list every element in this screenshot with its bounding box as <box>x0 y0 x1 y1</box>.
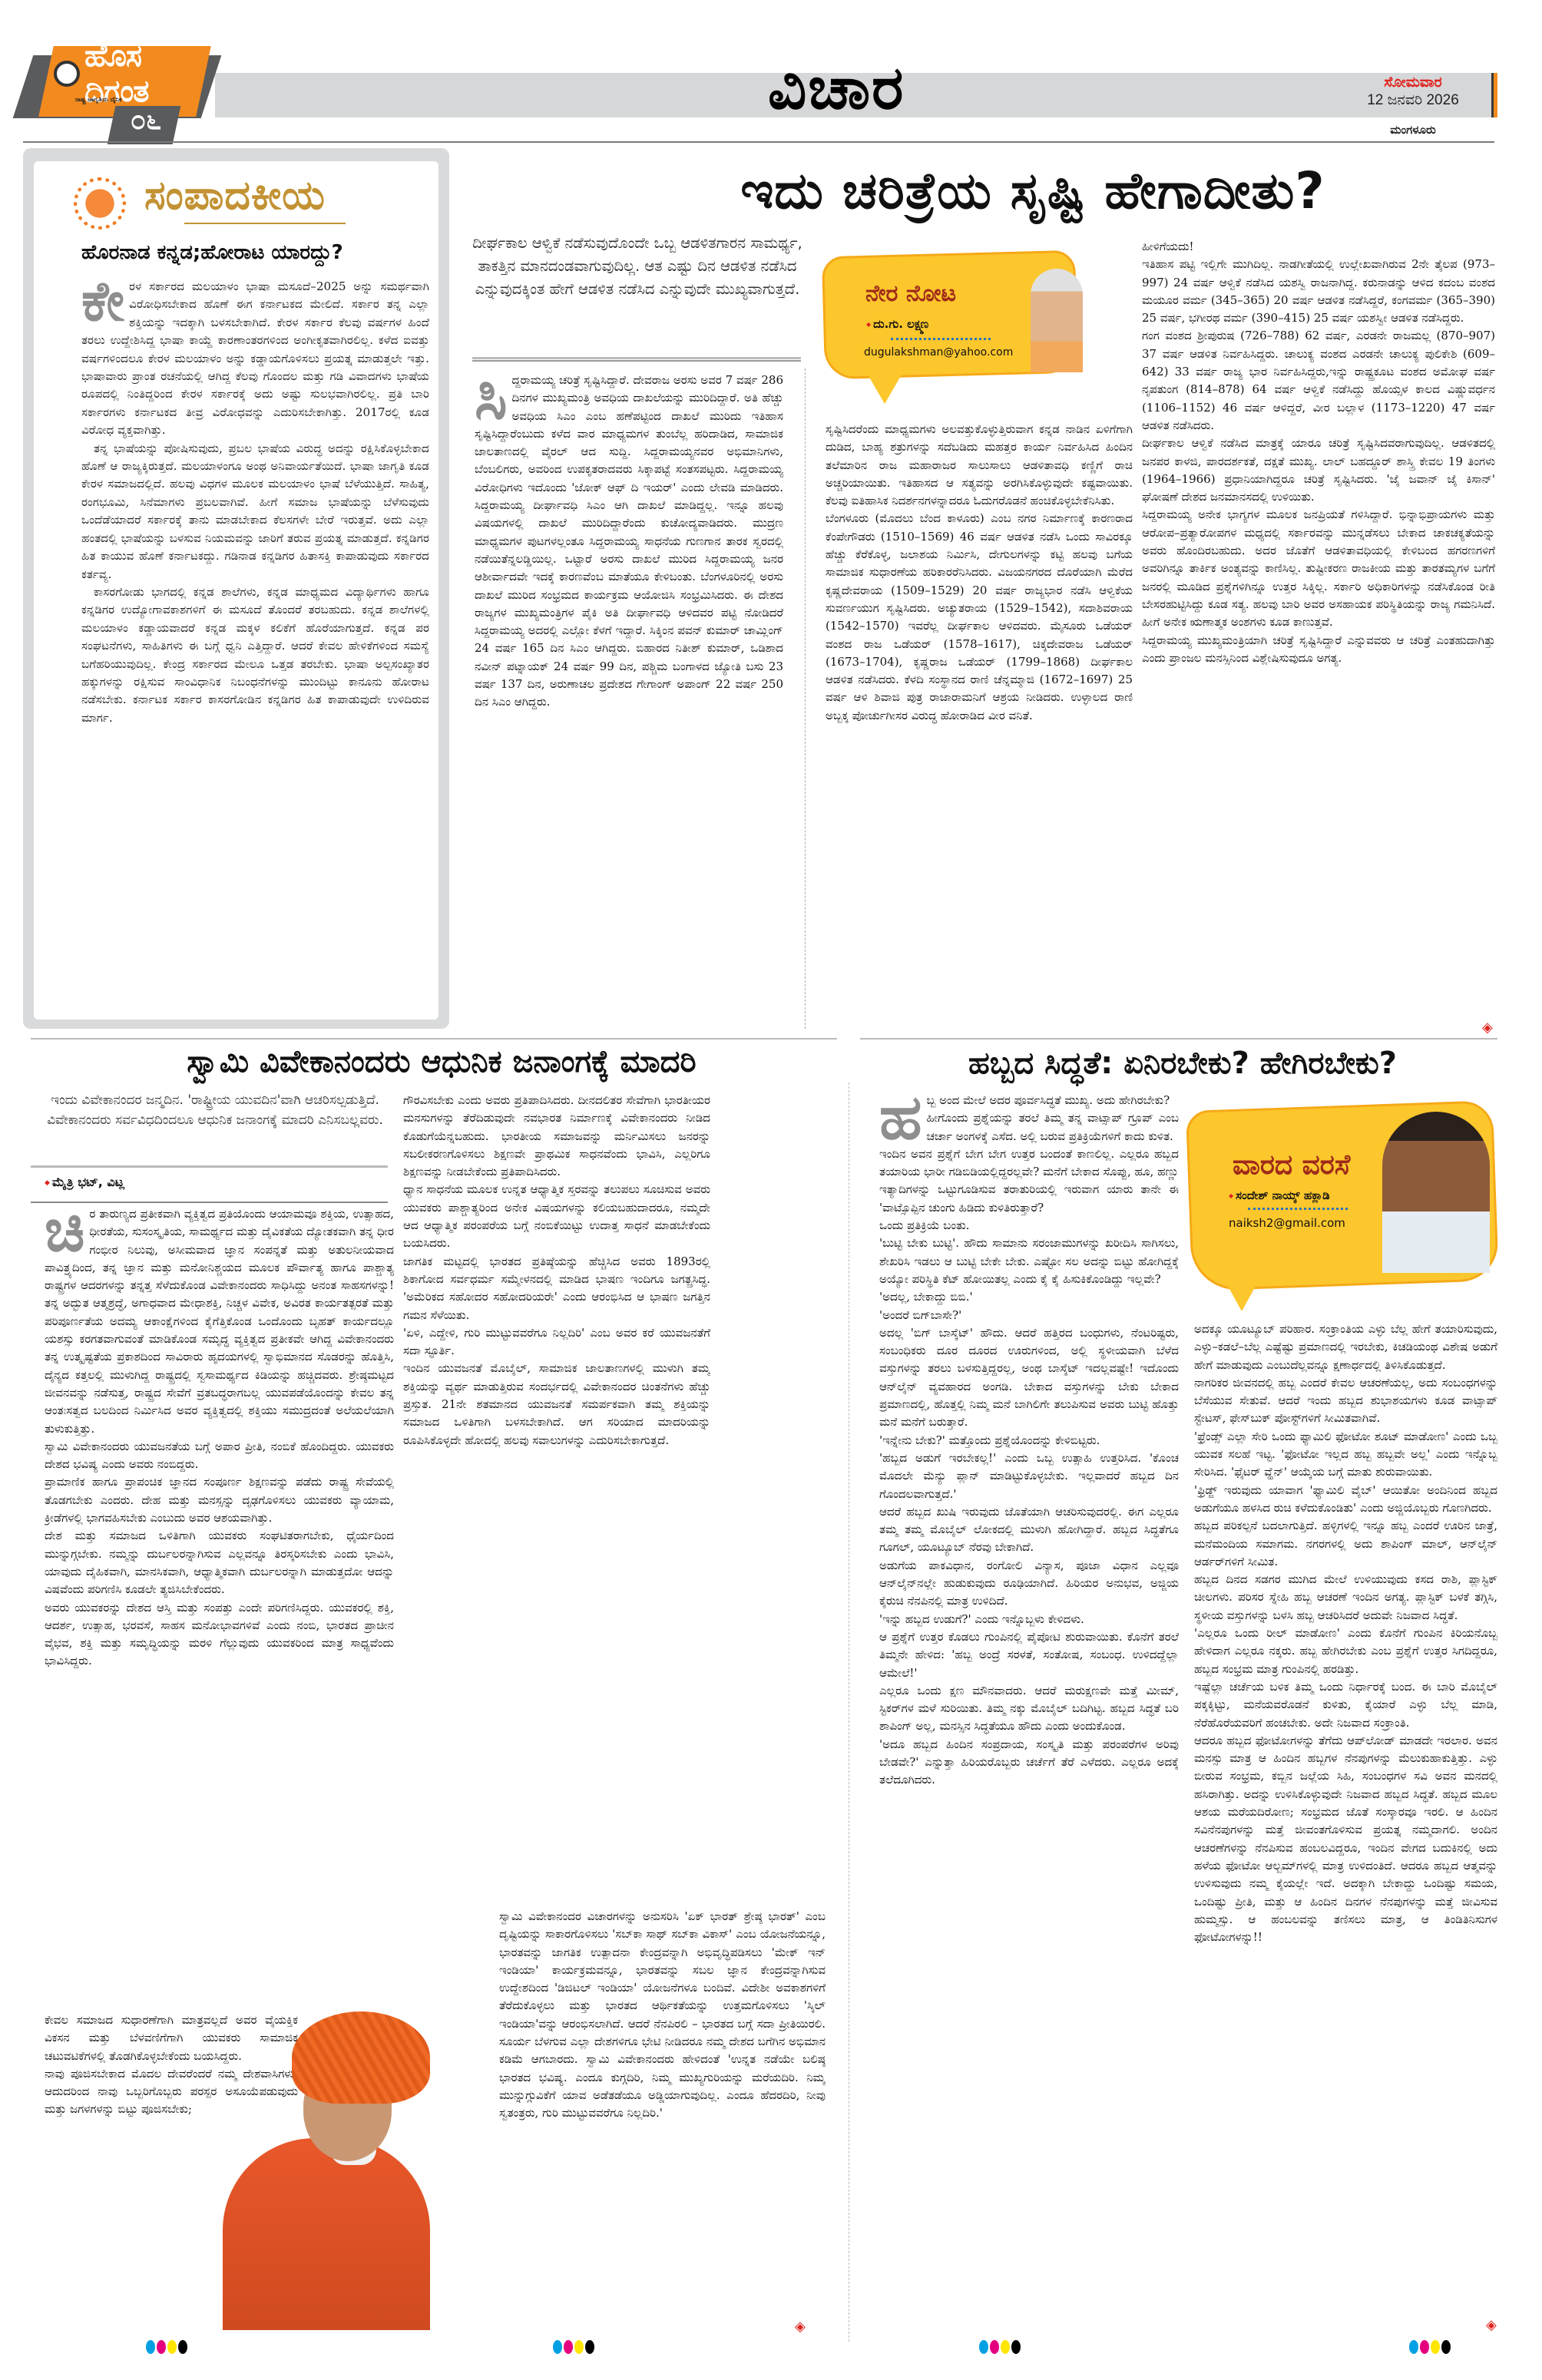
drop-cap: ಕೇ <box>81 278 124 325</box>
registration-mark-icon <box>553 2340 594 2354</box>
speech-bubble-tail-icon <box>1225 1281 1259 1311</box>
edition-city: ಮಂಗಳೂರು <box>1344 123 1482 137</box>
column-text: ದ್ದರಾಮಯ್ಯ ಚರಿತ್ರೆ ಸೃಷ್ಟಿಸಿದ್ದಾರೆ. ದೇವರಾಜ… <box>475 373 783 709</box>
page-number: ೦೬ <box>115 104 177 143</box>
author-photo <box>1382 1112 1490 1273</box>
end-mark-icon: ◈ <box>795 2319 806 2335</box>
article-column-2: ಗೌರವಿಸಬೇಕು ಎಂದು ಅವರು ಪ್ರತಿಪಾದಿಸಿದರು. ದೀನ… <box>403 1092 710 1898</box>
column-separator <box>805 369 806 1029</box>
article-deck: ಇಂದು ವಿವೇಕಾನಂದರ ಜನ್ಮದಿನ. 'ರಾಷ್ಟ್ರೀಯ ಯುವದ… <box>46 1090 384 1130</box>
author-photo <box>1031 269 1083 372</box>
author-name: ದು.ಗು. ಲಕ್ಷ್ಮಣ <box>866 317 928 331</box>
photo-turban <box>292 2011 430 2104</box>
section-divider-left <box>31 1038 837 1041</box>
article-headline[interactable]: ಹಬ್ಬದ ಸಿದ್ಧತೆ: ಏನಿರಬೇಕು? ಹೇಗಿರಬೇಕು? <box>868 1046 1497 1081</box>
newspaper-logo[interactable]: ಹೊಸ ದಿಗಂತ <box>54 51 207 97</box>
column-text: ಬ್ಬ ಅಂದ ಮೇಲೆ ಅದರ ಪೂರ್ವಸಿದ್ಧತೆ ಮುಖ್ಯ. ಅದು… <box>879 1093 1179 1787</box>
deck-divider <box>472 357 801 362</box>
section-divider-right <box>860 1038 1497 1041</box>
article-column-2-continued: ಸ್ವಾಮಿ ವಿವೇಕಾನಂದರ ವಿಚಾರಗಳನ್ನು ಅನುಸರಿಸಿ '… <box>499 1908 826 2326</box>
section-title: ವಿಚಾರ <box>768 54 905 123</box>
deck-divider <box>31 1165 388 1169</box>
end-mark-icon: ◈ <box>1486 2317 1497 2333</box>
article-column-1: ಚಿರ ತಾರುಣ್ಯದ ಪ್ರತೀಕವಾಗಿ ವ್ಯಕ್ತಿತ್ವದ ಪ್ರತ… <box>45 1205 394 2011</box>
column-separator <box>849 1083 849 2342</box>
issue-date: 12 ಜನವರಿ 2026 <box>1344 92 1482 109</box>
registration-mark-icon <box>979 2340 1021 2354</box>
end-mark-icon: ◈ <box>1482 1020 1493 1036</box>
drop-cap: ಚಿ <box>45 1205 84 1256</box>
article-headline[interactable]: ಇದು ಚರಿತ್ರೆಯ ಸೃಷ್ಟಿ ಹೇಗಾದೀತು? <box>553 161 1513 222</box>
article-column-2: ಸೃಷ್ಟಿಸಿದರೆಂದು ಮಾಧ್ಯಮಗಳು ಅಲವತ್ತುಕೊಳ್ಳುತ್… <box>826 421 1133 1027</box>
speech-bubble-tail-icon <box>868 375 902 404</box>
article-deck: ದೀರ್ಘಕಾಲ ಆಳ್ವಿಕೆ ನಡೆಸುವುದೊಂದೇ ಒಬ್ಬ ಆಡಳಿತ… <box>472 232 802 301</box>
masthead-divider <box>23 141 1494 143</box>
article-column-2: ಅದಕ್ಕೂ ಯೂಟ್ಯೂಬ್ ಪರಿಹಾರ. ಸಂಕ್ರಾಂತಿಯ ಎಳ್ಳು… <box>1194 1321 1497 2334</box>
dotted-divider-icon <box>891 338 991 342</box>
byline-divider <box>31 1202 388 1203</box>
editorial-headline[interactable]: ಹೊರನಾಡ ಕನ್ನಡ;ಹೋರಾಟ ಯಾರದ್ದು? <box>81 241 450 265</box>
photo-robe <box>223 2138 430 2330</box>
article-headline[interactable]: ಸ್ವಾಮಿ ವಿವೇಕಾನಂದರು ಆಧುನಿಕ ಜನಾಂಗಕ್ಕೆ ಮಾದರ… <box>46 1044 837 1079</box>
logo-emblem-icon <box>54 61 80 87</box>
author-email[interactable]: naiksh2@gmail.com <box>1229 1216 1345 1230</box>
author-email[interactable]: dugulakshman@yahoo.com <box>864 346 1013 359</box>
article-column-1: ಸಿ ದ್ದರಾಮಯ್ಯ ಚರಿತ್ರೆ ಸೃಷ್ಟಿಸಿದ್ದಾರೆ. ದೇವ… <box>475 372 783 1001</box>
registration-mark-icon <box>146 2340 187 2354</box>
drop-cap: ಹ <box>879 1092 922 1144</box>
paragraph: ಕಾಸರಗೋಡು ಭಾಗದಲ್ಲಿ ಕನ್ನಡ ಶಾಲೆಗಳು, ಕನ್ನಡ ಮ… <box>81 583 429 727</box>
author-name: ಸಂದೇಶ್ ನಾಯ್ಕ್ ಹಕ್ಲಾಡಿ <box>1229 1188 1330 1202</box>
paragraph: ರಳ ಸರ್ಕಾರದ ಮಲಯಾಳಂ ಭಾಷಾ ಮಸೂದೆ–2025 ಅನ್ನು … <box>81 278 429 440</box>
column-name: ನೇರ ನೋಟ <box>865 280 956 307</box>
editorial-banner: ಸಂಪಾದಕೀಯ <box>144 173 326 220</box>
ornament-divider-icon <box>184 223 346 230</box>
paragraph: ತನ್ನ ಭಾಷೆಯನ್ನು ಪೋಷಿಸುವುದು, ಪ್ರಬಲ ಭಾಷೆಯ ವ… <box>81 440 429 583</box>
issue-day: ಸೋಮವಾರ <box>1344 74 1482 91</box>
article-column-3: ಹೀಳಿಗೆಯದು! ಇತಿಹಾಸ ಪಟ್ಟಿ ಇಲ್ಲಿಗೇ ಮುಗಿದಿಲ್… <box>1142 238 1495 1036</box>
column-name: ವಾರದ ವರಸೆ <box>1233 1149 1350 1182</box>
article-column-1: ಹಬ್ಬ ಅಂದ ಮೇಲೆ ಅದರ ಪೂರ್ವಸಿದ್ಧತೆ ಮುಖ್ಯ. ಅದ… <box>879 1092 1179 2335</box>
masthead-accent <box>1491 73 1497 117</box>
column-text: ರ ತಾರುಣ್ಯದ ಪ್ರತೀಕವಾಗಿ ವ್ಯಕ್ತಿತ್ವದ ಪ್ರತಿಯ… <box>45 1207 394 1668</box>
dotted-divider-icon <box>1248 1208 1348 1212</box>
editorial-emblem-icon <box>74 177 126 230</box>
editorial-body: ಕೇ ರಳ ಸರ್ಕಾರದ ಮಲಯಾಳಂ ಭಾಷಾ ಮಸೂದೆ–2025 ಅನ್… <box>81 278 429 1015</box>
byline: ಮೈತ್ರಿ ಭಟ್, ವಿಟ್ಲ <box>45 1175 124 1190</box>
logo-tagline: ರಾಷ್ಟ್ರ ಜಾಗೃತಿಯ ದೈನಿಕ <box>75 96 122 104</box>
drop-cap: ಸಿ <box>475 372 507 424</box>
registration-mark-icon <box>1409 2340 1451 2354</box>
